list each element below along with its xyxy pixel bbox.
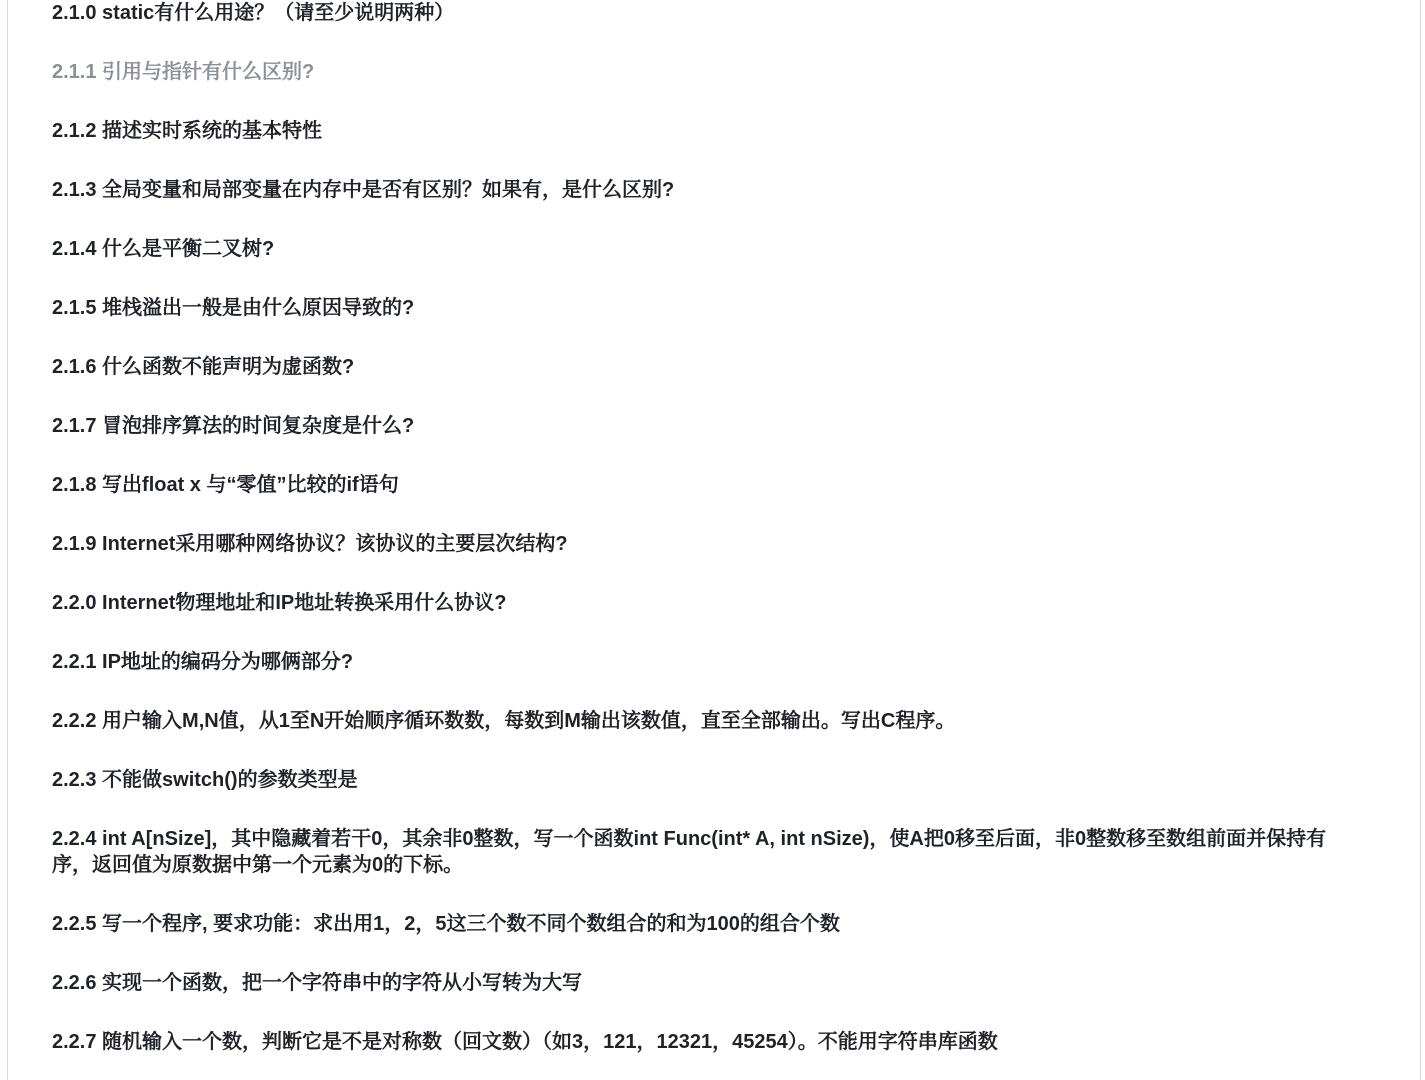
question-2-1-9: 2.1.9 Internet采用哪种网络协议？该协议的主要层次结构? (52, 531, 1362, 557)
question-2-1-1: 2.1.1 引用与指针有什么区别? (52, 59, 1362, 85)
question-2-1-2: 2.1.2 描述实时系统的基本特性 (52, 118, 1362, 144)
question-2-1-4: 2.1.4 什么是平衡二叉树? (52, 236, 1362, 262)
question-2-2-2: 2.2.2 用户输入M,N值，从1至N开始顺序循环数数，每数到M输出该数值，直至… (52, 708, 1362, 734)
question-2-1-6: 2.1.6 什么函数不能声明为虚函数? (52, 354, 1362, 380)
question-2-1-3: 2.1.3 全局变量和局部变量在内存中是否有区别？如果有，是什么区别? (52, 177, 1362, 203)
question-2-2-3: 2.2.3 不能做switch()的参数类型是 (52, 767, 1362, 793)
question-2-2-7: 2.2.7 随机输入一个数，判断它是不是对称数（回文数）（如3，121，1232… (52, 1029, 1362, 1055)
question-2-2-0: 2.2.0 Internet物理地址和IP地址转换采用什么协议? (52, 590, 1362, 616)
question-2-1-8: 2.1.8 写出float x 与“零值”比较的if语句 (52, 472, 1362, 498)
question-2-2-6: 2.2.6 实现一个函数，把一个字符串中的字符从小写转为大写 (52, 970, 1362, 996)
document-content-panel: 2.1.0 static有什么用途？（请至少说明两种） 2.1.1 引用与指针有… (7, 0, 1421, 1080)
question-2-2-4: 2.2.4 int A[nSize]，其中隐藏着若干0，其余非0整数，写一个函数… (52, 826, 1362, 878)
question-2-1-0: 2.1.0 static有什么用途？（请至少说明两种） (52, 0, 1362, 26)
question-2-2-1: 2.2.1 IP地址的编码分为哪俩部分? (52, 649, 1362, 675)
question-2-1-5: 2.1.5 堆栈溢出一般是由什么原因导致的? (52, 295, 1362, 321)
question-2-2-5: 2.2.5 写一个程序, 要求功能：求出用1，2，5这三个数不同个数组合的和为1… (52, 911, 1362, 937)
question-2-1-7: 2.1.7 冒泡排序算法的时间复杂度是什么? (52, 413, 1362, 439)
